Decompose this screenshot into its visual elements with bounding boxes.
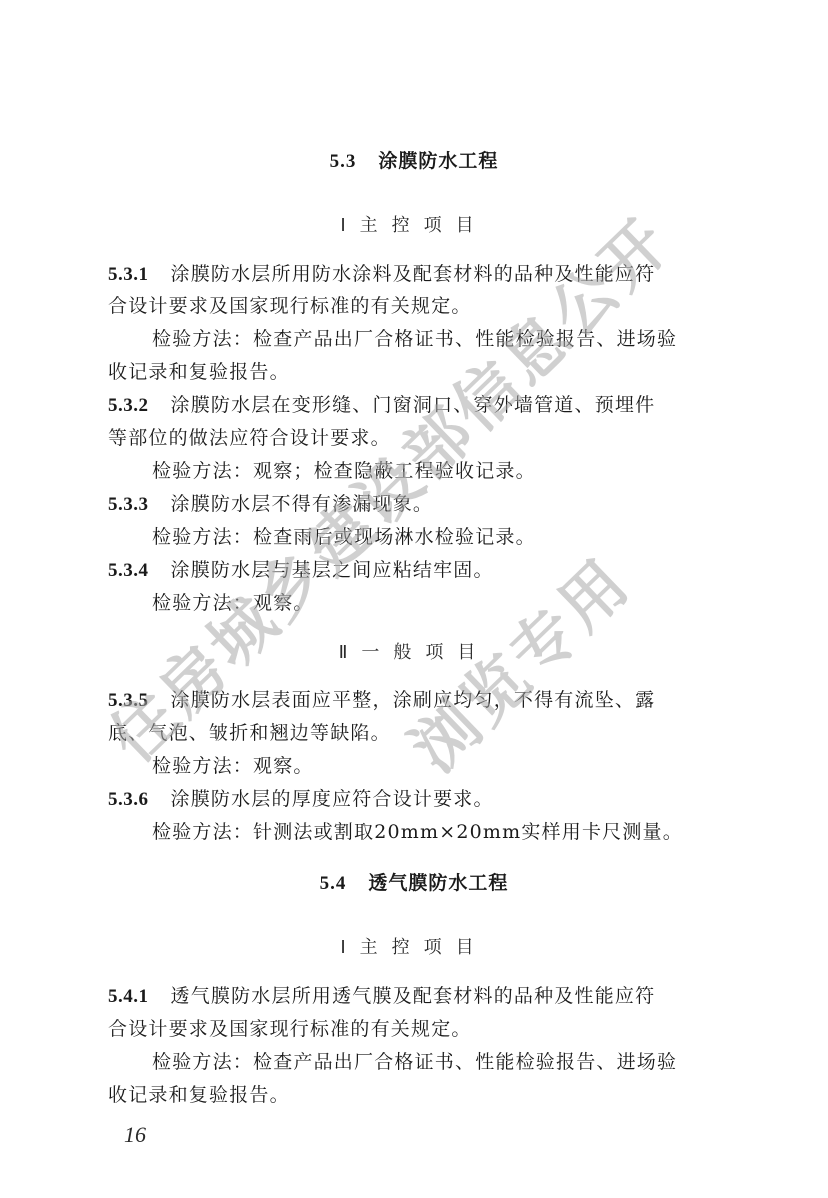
section-number: 5.4: [320, 873, 347, 894]
subsection-heading-main-control: Ⅰ主控项目: [0, 933, 828, 959]
clause-5-3-5: 5.3.5涂膜防水层表面应平整，涂刷应均匀，不得有流坠、露: [108, 686, 720, 715]
clause-5-3-6: 5.3.6涂膜防水层的厚度应符合设计要求。: [108, 785, 720, 814]
inspection-method: 检验方法：观察；检查隐蔽工程验收记录。: [152, 457, 764, 485]
section-heading-5-3: 5.3涂膜防水工程: [0, 146, 828, 173]
clause-number: 5.4.1: [108, 986, 149, 1007]
inspection-method: 检验方法：观察。: [152, 589, 764, 617]
clause-text: 涂膜防水层与基层之间应粘结牢固。: [171, 559, 494, 581]
subsection-heading-general: Ⅱ一般项目: [0, 638, 828, 664]
subsection-roman: Ⅰ: [340, 215, 345, 235]
clause-text-continued: 合设计要求及国家现行标准的有关规定。: [108, 292, 720, 320]
clause-text: 涂膜防水层不得有渗漏现象。: [171, 493, 434, 515]
clause-5-4-1: 5.4.1透气膜防水层所用透气膜及配套材料的品种及性能应符: [108, 982, 720, 1011]
clause-number: 5.3.3: [108, 494, 149, 515]
clause-5-3-1: 5.3.1涂膜防水层所用防水涂料及配套材料的品种及性能应符: [108, 260, 720, 289]
clause-number: 5.3.1: [108, 264, 149, 285]
clause-text: 涂膜防水层的厚度应符合设计要求。: [171, 788, 494, 810]
subsection-roman: Ⅱ: [339, 642, 348, 662]
subsection-heading-main-control: Ⅰ主控项目: [0, 211, 828, 237]
section-title: 透气膜防水工程: [368, 872, 508, 894]
inspection-method: 检验方法：检查产品出厂合格证书、性能检验报告、进场验: [152, 1048, 764, 1076]
clause-number: 5.3.4: [108, 560, 149, 581]
subsection-roman: Ⅰ: [340, 937, 345, 957]
clause-text: 透气膜防水层所用透气膜及配套材料的品种及性能应符: [171, 985, 656, 1007]
document-page: 5.3涂膜防水工程 Ⅰ主控项目 5.3.1涂膜防水层所用防水涂料及配套材料的品种…: [0, 0, 828, 1198]
clause-text: 涂膜防水层表面应平整，涂刷应均匀，不得有流坠、露: [171, 689, 656, 711]
subsection-title: 主控项目: [360, 215, 488, 236]
clause-5-3-3: 5.3.3涂膜防水层不得有渗漏现象。: [108, 490, 720, 519]
inspection-method: 检验方法：检查产品出厂合格证书、性能检验报告、进场验: [152, 325, 764, 353]
inspection-method: 检验方法：针测法或割取20mm×20mm实样用卡尺测量。: [152, 818, 764, 846]
clause-text: 涂膜防水层所用防水涂料及配套材料的品种及性能应符: [171, 263, 656, 285]
clause-text-continued: 底、气泡、皱折和翘边等缺陷。: [108, 719, 720, 747]
inspection-method: 检验方法：观察。: [152, 752, 764, 780]
section-number: 5.3: [330, 151, 357, 172]
clause-text-continued: 等部位的做法应符合设计要求。: [108, 424, 720, 452]
inspection-method-continued: 收记录和复验报告。: [108, 358, 720, 386]
section-heading-5-4: 5.4透气膜防水工程: [0, 868, 828, 895]
clause-number: 5.3.2: [108, 395, 149, 416]
inspection-method: 检验方法：检查雨后或现场淋水检验记录。: [152, 523, 764, 551]
clause-number: 5.3.6: [108, 789, 149, 810]
subsection-title: 一般项目: [361, 642, 489, 663]
clause-5-3-2: 5.3.2涂膜防水层在变形缝、门窗洞口、穿外墙管道、预埋件: [108, 391, 720, 420]
clause-text: 涂膜防水层在变形缝、门窗洞口、穿外墙管道、预埋件: [171, 394, 656, 416]
clause-5-3-4: 5.3.4涂膜防水层与基层之间应粘结牢固。: [108, 556, 720, 585]
page-number: 16: [124, 1122, 146, 1148]
clause-text-continued: 合设计要求及国家现行标准的有关规定。: [108, 1015, 720, 1043]
subsection-title: 主控项目: [360, 937, 488, 958]
clause-number: 5.3.5: [108, 690, 149, 711]
section-title: 涂膜防水工程: [378, 150, 498, 172]
inspection-method-continued: 收记录和复验报告。: [108, 1081, 720, 1109]
